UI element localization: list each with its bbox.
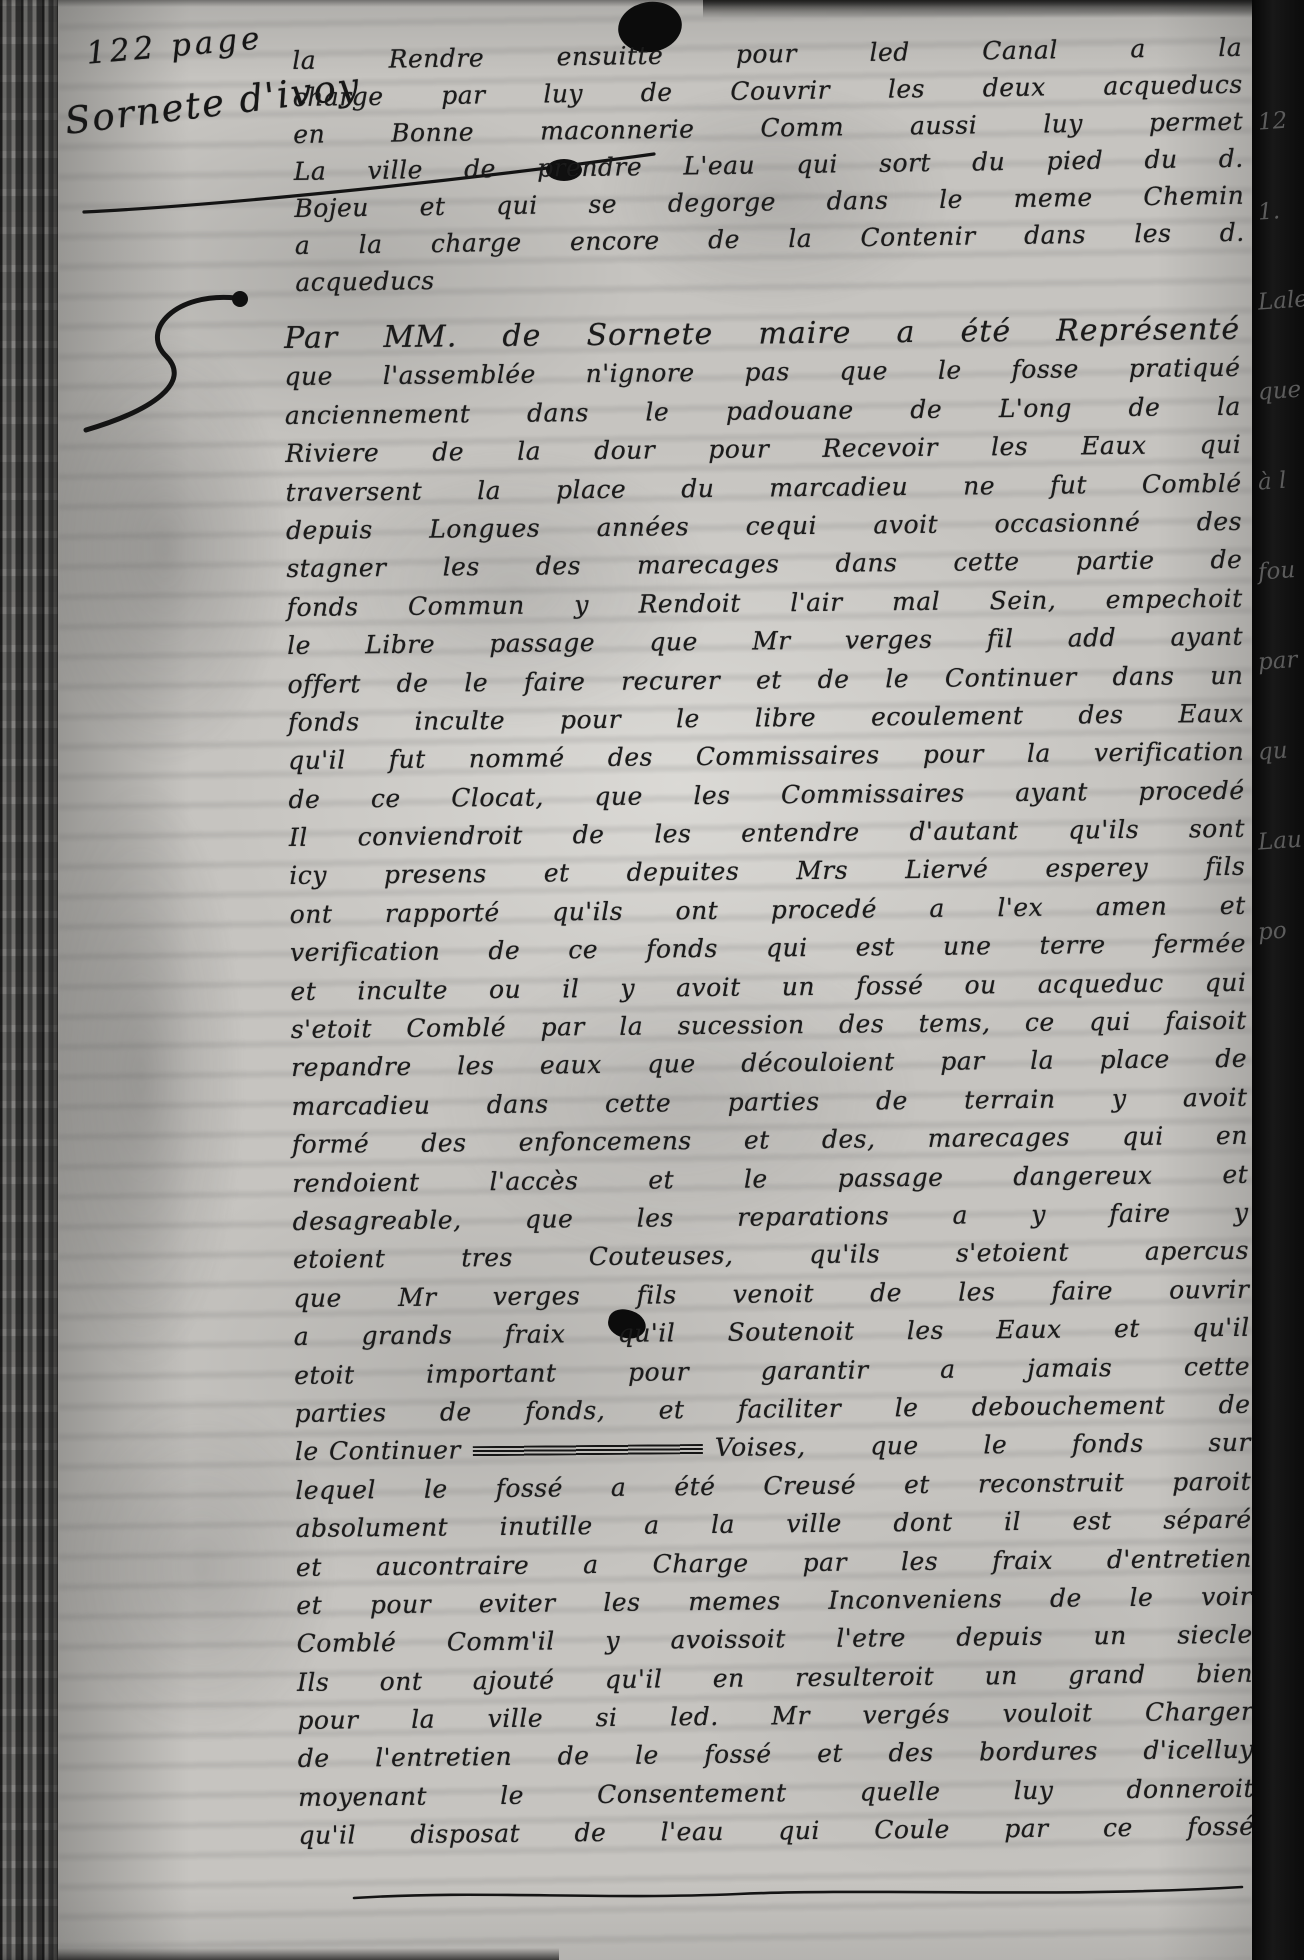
- next-page-text-fragment: qu: [1257, 736, 1304, 765]
- line-continuation-text: Voises, que le fonds sur: [715, 1424, 1251, 1468]
- next-page-text-fragment: à l: [1257, 466, 1304, 495]
- next-page-text-fragment: po: [1257, 916, 1304, 945]
- next-page-fragments: 121.Lalequeà lfouparquLaupo: [1252, 0, 1304, 944]
- page-bottom-edge-shadow: [58, 1948, 559, 1960]
- next-page-text-fragment: Lau: [1257, 826, 1304, 855]
- paragraph-main: Par MM. de Sornete maire a été Représent…: [284, 311, 1252, 1856]
- book-binding-edge: [0, 0, 58, 1960]
- manuscript-scan: 122 page Sornete d'ivoy la Rendre ensuit…: [0, 0, 1304, 1960]
- paragraph-top: la Rendre ensuitte pour led Canal a lach…: [292, 29, 1246, 301]
- page-number-note: 122 page: [85, 20, 265, 71]
- manuscript-page: 122 page Sornete d'ivoy la Rendre ensuit…: [58, 0, 1252, 1960]
- next-page-text-fragment: que: [1257, 376, 1304, 405]
- next-page-text-fragment: par: [1257, 646, 1304, 675]
- next-page-shadow: 121.Lalequeà lfouparquLaupo: [1252, 0, 1304, 1960]
- ink-blot: [232, 291, 248, 307]
- next-page-text-fragment: 1.: [1257, 196, 1304, 225]
- next-page-text-fragment: Lale: [1257, 286, 1304, 315]
- closing-rule-line: [354, 1887, 1242, 1898]
- next-page-text-fragment: fou: [1257, 556, 1304, 585]
- manuscript-line: qu'il disposat de l'eau qui Coule par ce…: [298, 1808, 1252, 1856]
- strikethrough-rule: [473, 1444, 703, 1456]
- paraph-mark: [86, 297, 236, 430]
- next-page-text-fragment: 12: [1257, 106, 1304, 135]
- page-top-edge-shadow-thin: [58, 0, 1252, 7]
- struck-text: le Continuer: [295, 1432, 461, 1472]
